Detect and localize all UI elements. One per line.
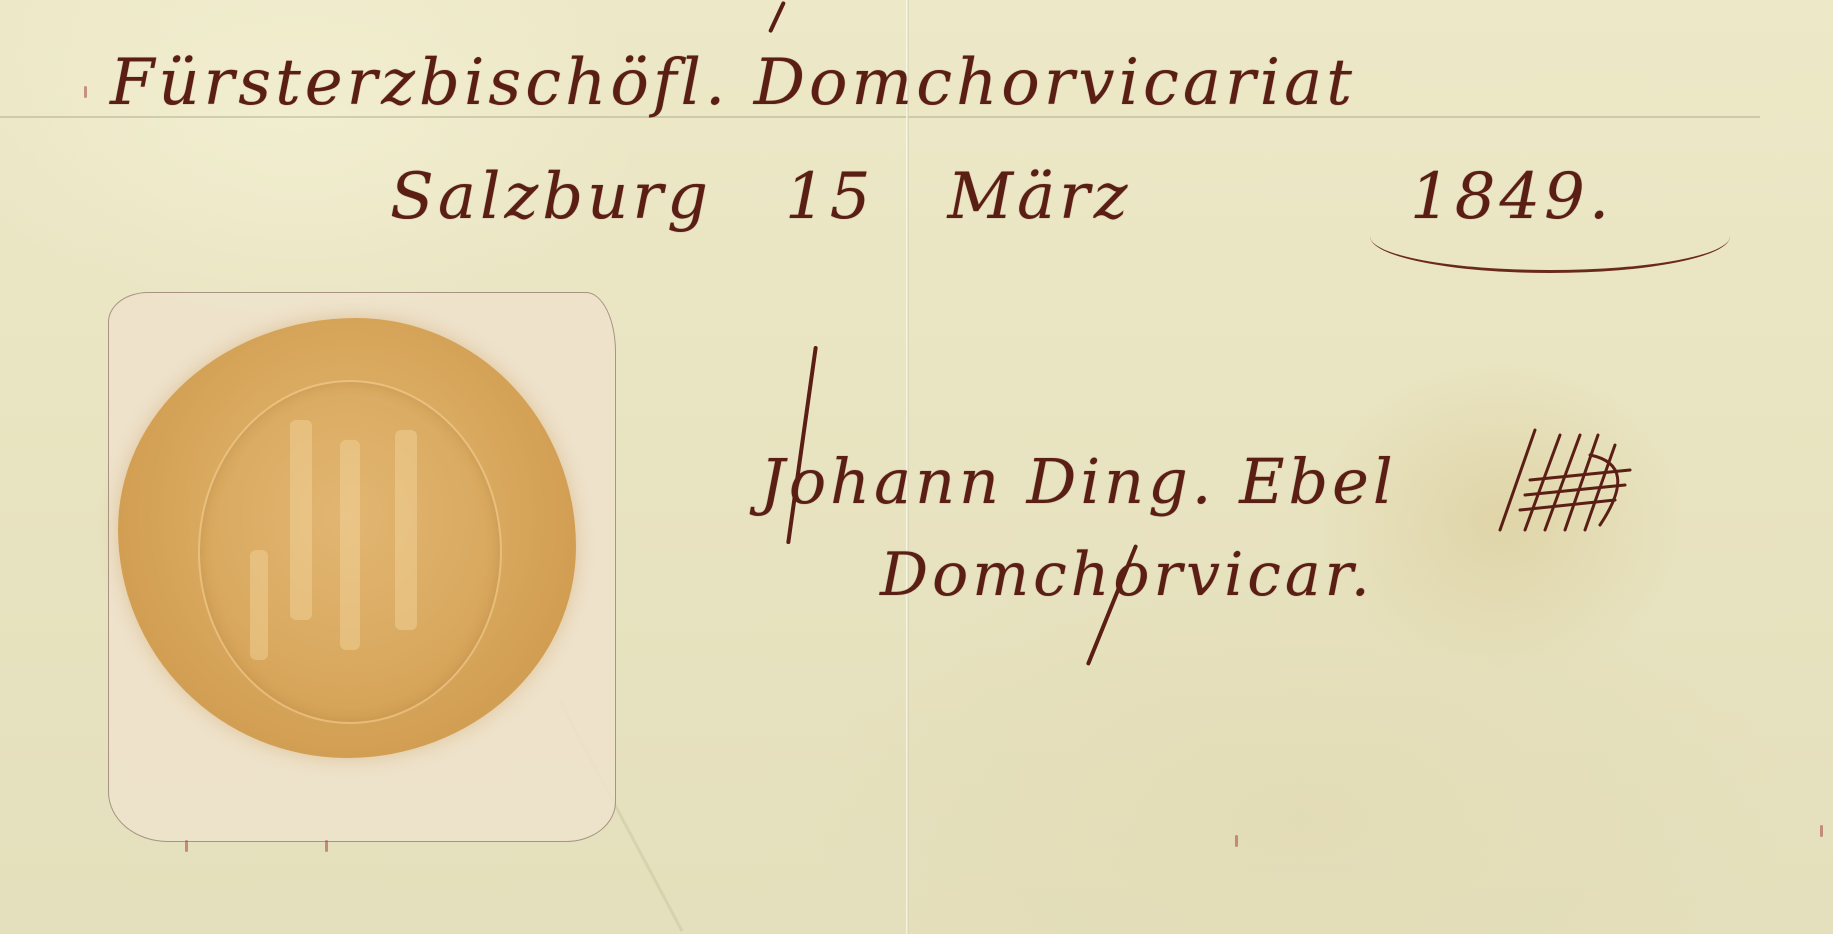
year-underline-swash [1370, 200, 1730, 273]
signature-name-line: Johann Ding. Ebel [760, 445, 1397, 518]
header-text: Fürsterzbischöfl. Domchorvicariat [110, 46, 1356, 120]
day-text: 15 [785, 160, 874, 234]
month-text: März [947, 160, 1131, 234]
ink-speck [1820, 825, 1823, 837]
place-date-line: Salzburg 15 März [390, 160, 1131, 234]
document-page: Fürsterzbischöfl. Domchorvicariat Salzbu… [0, 0, 1833, 934]
seal-figure-3 [395, 430, 417, 630]
seal-figure-2 [340, 440, 360, 650]
place-text: Salzburg [390, 160, 712, 234]
ink-speck [325, 840, 328, 852]
signature-title-line: Domchorvicar. [880, 540, 1374, 610]
ink-speck [185, 840, 188, 852]
ink-speck [1235, 835, 1238, 847]
signature-name: Johann Ding. Ebel [760, 445, 1397, 518]
header-line: Fürsterzbischöfl. Domchorvicariat [110, 46, 1356, 120]
seal-figure-1 [290, 420, 312, 620]
signature-flourish-icon [1490, 425, 1640, 535]
descender-stroke [768, 1, 786, 34]
signature-title: Domchorvicar. [880, 540, 1374, 610]
seal-figure-4 [250, 550, 268, 660]
ink-speck [84, 86, 87, 98]
